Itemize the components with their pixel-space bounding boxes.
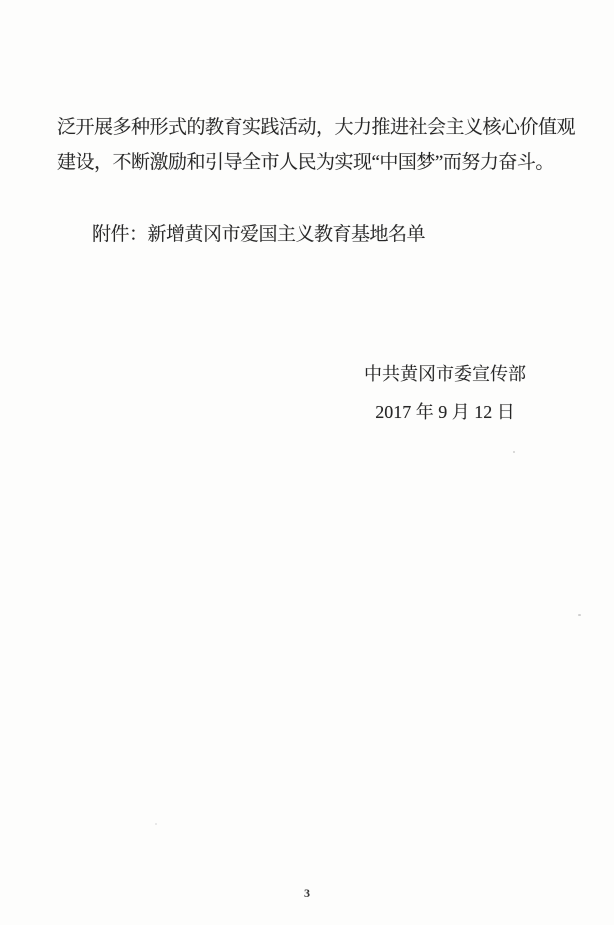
signature-block: 中共黄冈市委宣传部 2017 年 9 月 12 日: [364, 360, 526, 424]
scan-speckle: [155, 823, 157, 825]
page-number: 3: [0, 886, 614, 901]
document-page: 泛开展多种形式的教育实践活动，大力推进社会主义核心价值观 建设，不断激励和引导全…: [0, 0, 614, 925]
signature-date: 2017 年 9 月 12 日: [364, 398, 526, 424]
body-line-1: 泛开展多种形式的教育实践活动，大力推进社会主义核心价值观: [57, 110, 567, 145]
signature-organization: 中共黄冈市委宣传部: [364, 360, 526, 386]
attachment-line: 附件：新增黄冈市爱国主义教育基地名单: [92, 219, 425, 246]
scan-speckle: [578, 614, 581, 616]
scan-speckle: [513, 451, 515, 453]
paragraph-body: 泛开展多种形式的教育实践活动，大力推进社会主义核心价值观 建设，不断激励和引导全…: [57, 110, 567, 180]
body-line-2: 建设，不断激励和引导全市人民为实现“中国梦”而努力奋斗。: [57, 145, 567, 180]
